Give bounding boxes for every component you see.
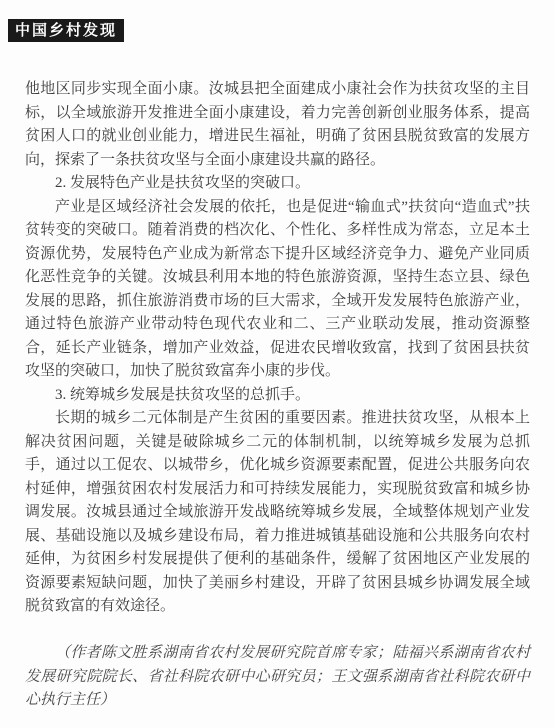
- paragraph-section-2: 产业是区域经济社会发展的依托，也是促进“输血式”扶贫向“造血式”扶贫转变的突破口…: [25, 196, 530, 384]
- article-body: 他地区同步实现全面小康。汝城县把全面建成小康社会作为扶贫攻坚的主目标，以全域旅游…: [25, 78, 530, 713]
- author-note: （作者陈文胜系湖南省农村发展研究院首席专家；陆福兴系湖南省农村发展研究院院长、省…: [25, 642, 530, 713]
- paragraph-section-3: 长期的城乡二元体制是产生贫困的重要因素。推进扶贫攻坚，从根本上解决贫困问题，关键…: [25, 407, 530, 619]
- masthead-badge: 中国乡村发现: [8, 19, 124, 42]
- section-heading-3: 3. 统筹城乡发展是扶贫攻坚的总抓手。: [25, 384, 530, 408]
- section-heading-2: 2. 发展特色产业是扶贫攻坚的突破口。: [25, 172, 530, 196]
- paragraph-continuation: 他地区同步实现全面小康。汝城县把全面建成小康社会作为扶贫攻坚的主目标，以全域旅游…: [25, 78, 530, 172]
- document-page: 中国乡村发现 他地区同步实现全面小康。汝城县把全面建成小康社会作为扶贫攻坚的主目…: [0, 0, 555, 728]
